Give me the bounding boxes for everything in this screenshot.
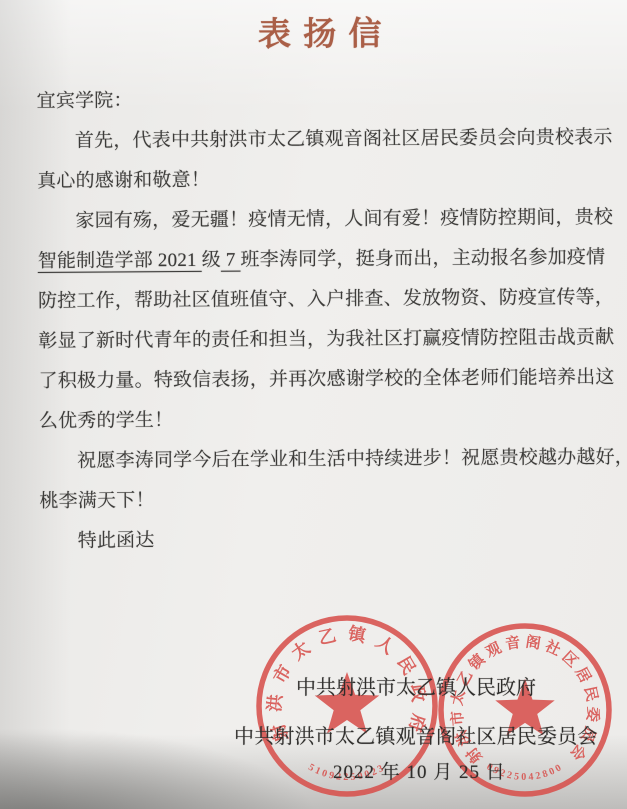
scanned-commendation-letter: 表 扬 信 宜宾学院： 首先，代表中共射洪市太乙镇观音阁社区居民委员会向贵校表示… xyxy=(0,0,627,809)
body-line: 祝愿李涛同学今后在学业和生活中持续进步！祝愿贵校越办越好， xyxy=(39,438,608,482)
salutation: 宜宾学院： xyxy=(36,78,605,122)
filled-blank-class-number: 7 xyxy=(221,250,241,271)
closing-line: 特此函达 xyxy=(40,518,609,562)
body-line: 家园有殇，爱无疆！疫情无情，人间有爱！疫情防控期间，贵校 xyxy=(37,198,606,242)
body-line: 首先，代表中共射洪市太乙镇观音阁社区居民委员会向贵校表示 xyxy=(37,118,606,162)
body-line: 桃李满天下！ xyxy=(39,478,608,522)
body-line: 彰显了新时代青年的责任和担当，为我社区打赢疫情防控阻击战贡献 xyxy=(38,318,607,362)
filled-blank-department-year: 智能制造学部 2021 xyxy=(38,250,202,272)
signature-org-government: 中共射洪市太乙镇人民政府 xyxy=(296,671,536,700)
letter-title: 表 扬 信 xyxy=(36,8,605,62)
letter-body: 表 扬 信 宜宾学院： 首先，代表中共射洪市太乙镇观音阁社区居民委员会向贵校表示… xyxy=(36,8,609,562)
body-line: 么优秀的学生！ xyxy=(39,398,608,442)
body-text-segment: 级 xyxy=(202,250,221,271)
signature-org-committee: 中共射洪市太乙镇观音阁社区居民委员会 xyxy=(234,720,598,749)
signature-date: 2022 年 10 月 25 日 xyxy=(333,757,506,784)
body-line: 防控工作，帮助社区值班值守、入户排查、发放物资、防疫宣传等， xyxy=(38,278,607,322)
body-line: 真心的感谢和敬意！ xyxy=(37,158,606,202)
body-line: 了积极力量。特致信表扬，并再次感谢学校的全体老师们能培养出这 xyxy=(38,358,607,402)
body-line-with-blanks: 智能制造学部 2021 级 7 班李涛同学，挺身而出，主动报名参加疫情 xyxy=(38,238,607,282)
letter-text: 宜宾学院： 首先，代表中共射洪市太乙镇观音阁社区居民委员会向贵校表示 真心的感谢… xyxy=(36,78,608,562)
body-text-segment: 班李涛同学，挺身而出，主动报名参加疫情 xyxy=(240,247,605,271)
